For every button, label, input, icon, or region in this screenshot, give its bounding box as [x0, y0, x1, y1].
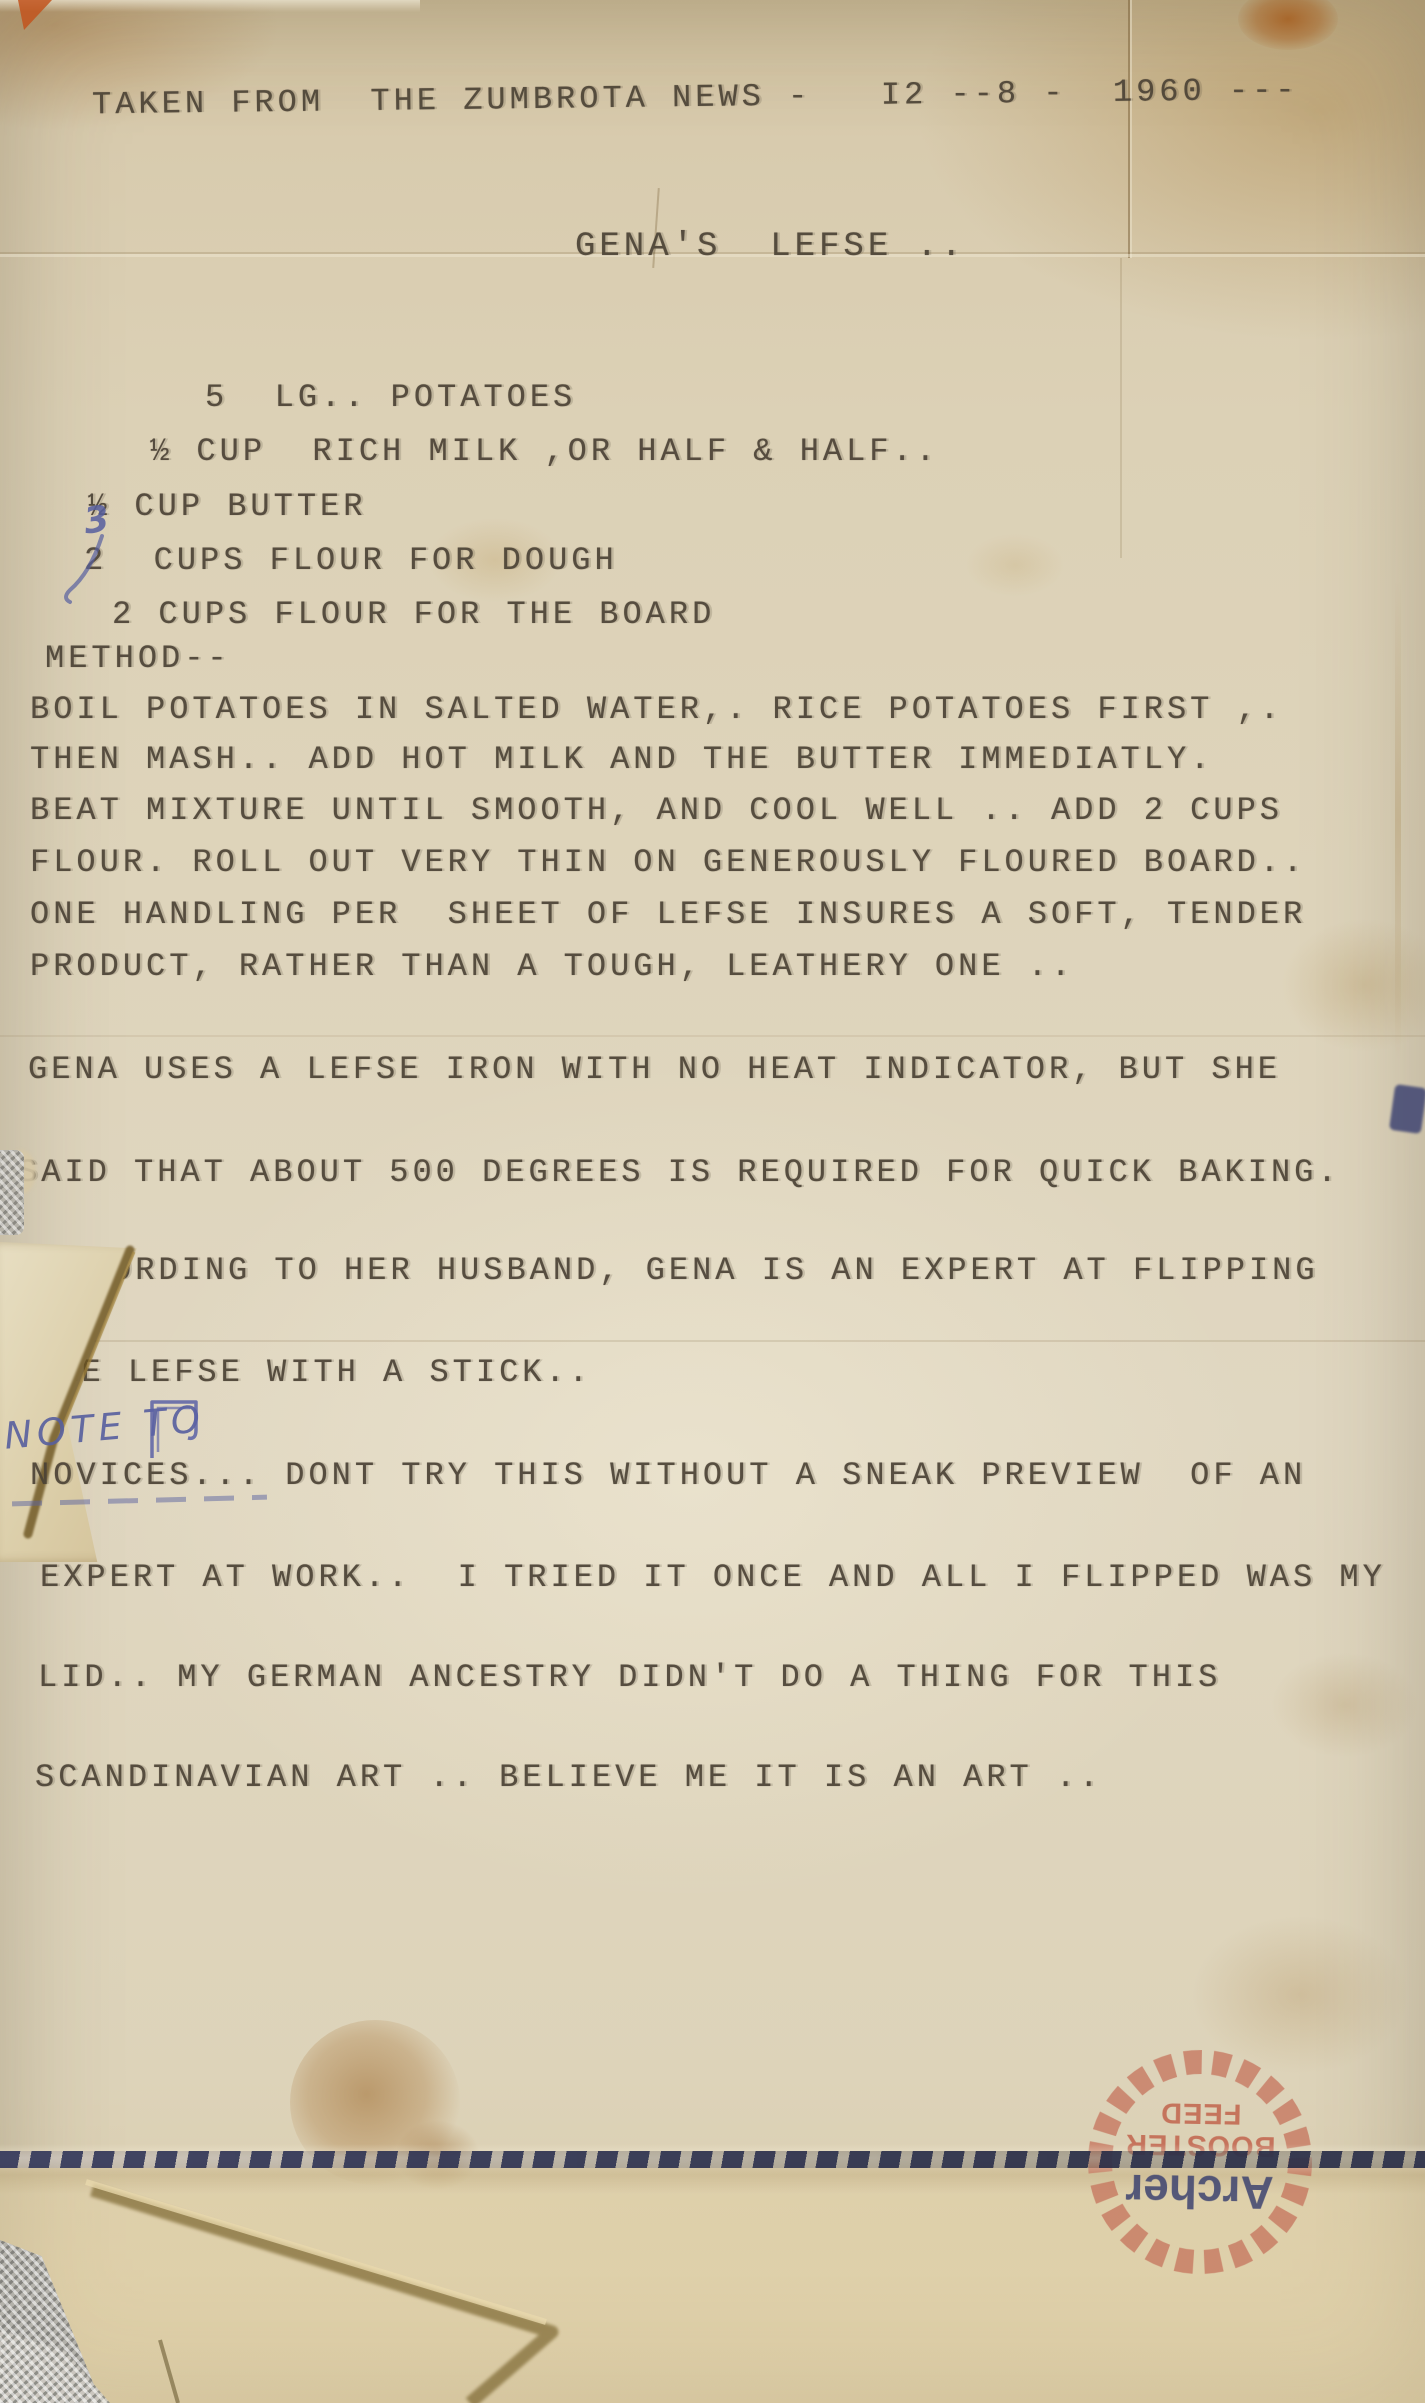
- method-line: THEN MASH.. ADD HOT MILK AND THE BUTTER …: [30, 742, 1213, 779]
- ingredient-line: ½ CUP RICH MILK ,OR HALF & HALF..: [150, 434, 939, 471]
- note-line: NOVICES... DONT TRY THIS WITHOUT A SNEAK…: [30, 1458, 1306, 1495]
- method-line: ONE HANDLING PER SHEET OF LEFSE INSURES …: [30, 897, 1306, 934]
- method-line: BOIL POTATOES IN SALTED WATER,. RICE POT…: [30, 692, 1283, 729]
- note-line: LID.. MY GERMAN ANCESTRY DIDN'T DO A THI…: [38, 1660, 1221, 1697]
- note-line: SCANDINAVIAN ART .. BELIEVE ME IT IS AN …: [35, 1760, 1102, 1797]
- handwritten-bracket: [142, 1388, 222, 1468]
- paper-edge-highlight: [0, 0, 420, 12]
- method-line: BEAT MIXTURE UNTIL SMOOTH, AND COOL WELL…: [30, 793, 1283, 830]
- vertical-crease-faint: [1120, 258, 1122, 558]
- ingredient-line: 2 CUPS FLOUR FOR DOUGH: [84, 543, 618, 580]
- note-line: EXPERT AT WORK.. I TRIED IT ONCE AND ALL…: [40, 1560, 1386, 1597]
- note-line: SAID THAT ABOUT 500 DEGREES IS REQUIRED …: [18, 1155, 1341, 1192]
- ingredient-line: 2 CUPS FLOUR FOR THE BOARD: [112, 597, 715, 634]
- method-line: FLOUR. ROLL OUT VERY THIN ON GENEROUSLY …: [30, 845, 1306, 882]
- tear-streak: [0, 1242, 160, 1562]
- stamp-line3: FEED: [1160, 2096, 1242, 2129]
- vertical-crease-highlight: [1130, 0, 1132, 258]
- recipe-title: GENA'S LEFSE ..: [575, 228, 965, 267]
- vertical-crease: [1128, 0, 1130, 258]
- fabric-texture: [0, 1150, 24, 1235]
- recipe-photo: TAKEN FROM THE ZUMBROTA NEWS - I2 --8 - …: [0, 0, 1425, 2403]
- edge-stain-streak: [1395, 580, 1401, 1060]
- method-heading: METHOD--: [45, 641, 231, 678]
- ink-smudge: [1389, 1084, 1425, 1134]
- ingredient-line: ½ CUP BUTTER: [88, 489, 366, 526]
- ingredient-line: 5 LG.. POTATOES: [205, 380, 576, 417]
- source-header: TAKEN FROM THE ZUMBROTA NEWS - I2 --8 - …: [92, 73, 1299, 125]
- envelope-flap-shadow: [0, 2168, 700, 2403]
- corner-tape-fragment: [12, 0, 52, 30]
- postal-dash-tint: [0, 2151, 1425, 2168]
- note-line: GENA USES A LEFSE IRON WITH NO HEAT INDI…: [28, 1052, 1281, 1089]
- corner-stain: [1238, 0, 1338, 50]
- fold-line-3: [0, 1035, 1425, 1037]
- method-line: PRODUCT, RATHER THAN A TOUGH, LEATHERY O…: [30, 949, 1074, 986]
- handwritten-curl: [60, 528, 130, 618]
- note-line: ORDING TO HER HUSBAND, GENA IS AN EXPERT…: [112, 1253, 1319, 1290]
- fold-line-2: [0, 1340, 1425, 1342]
